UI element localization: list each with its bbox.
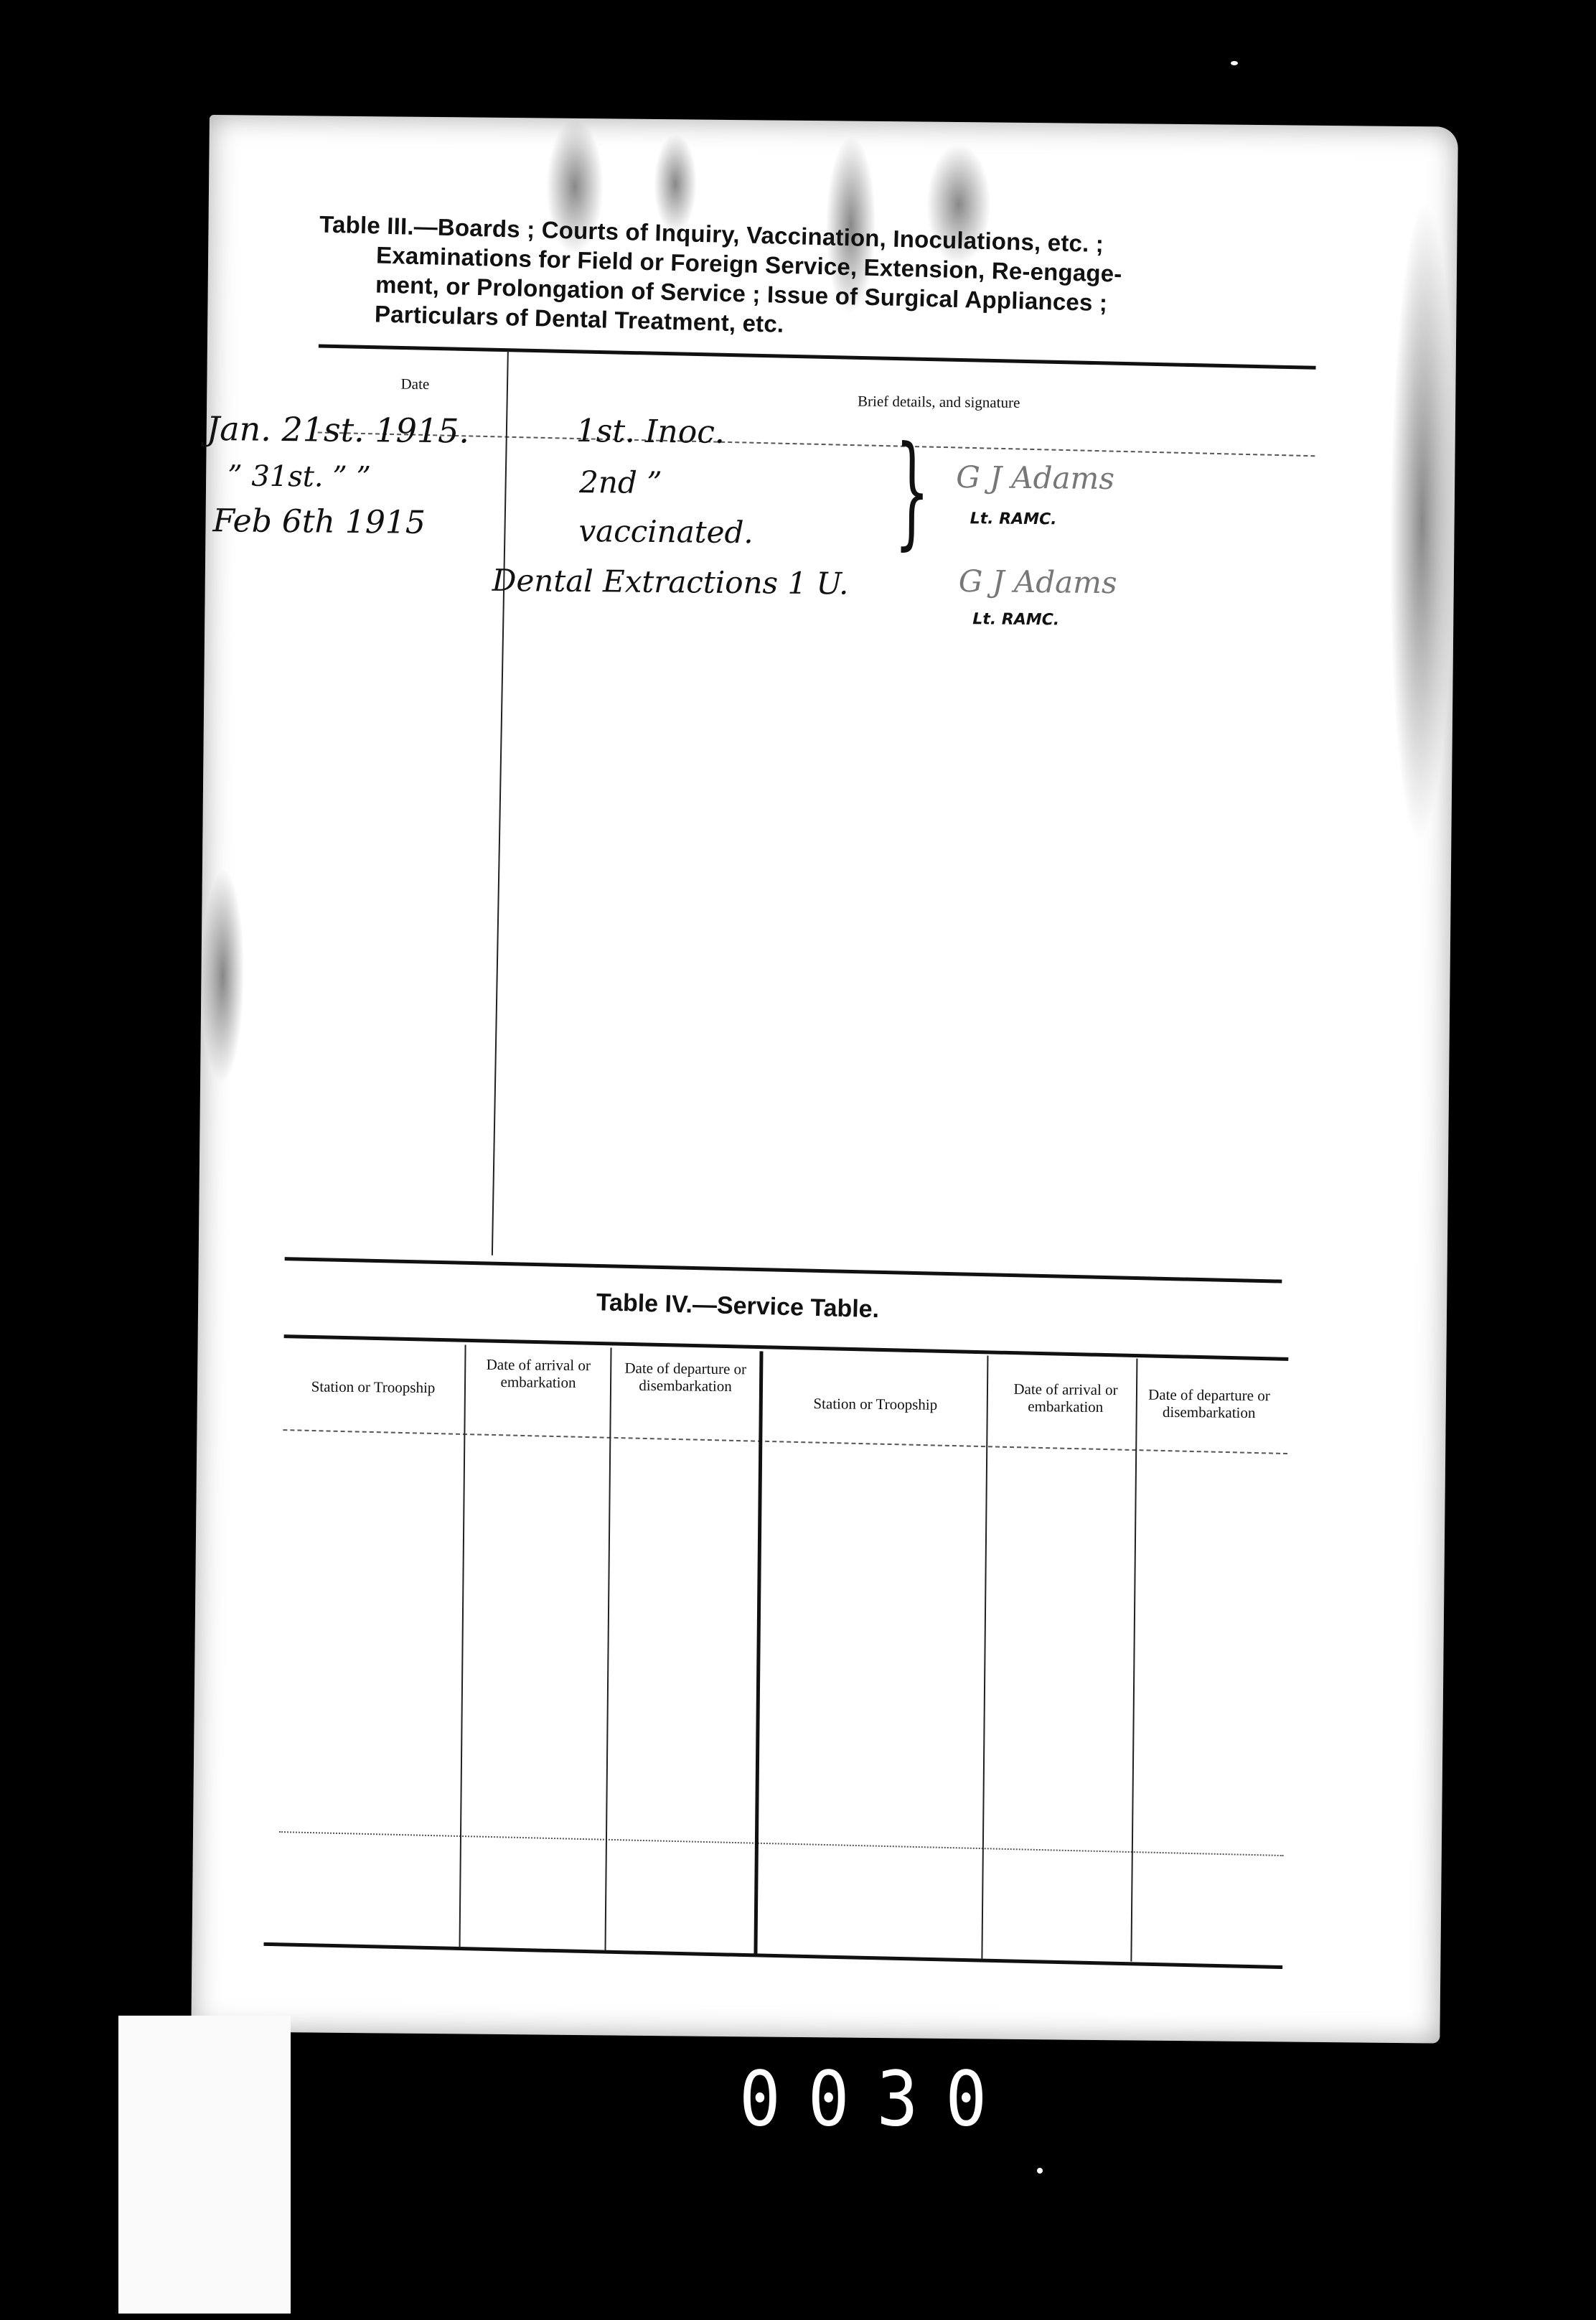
entry-date: Jan. 21st. 1915. [207,409,470,451]
speck [1037,2168,1043,2174]
table4-header-arrival: Date of arrival or embarkation [481,1356,596,1392]
table3-title: Table III.—Boards ; Courts of Inquiry, V… [317,209,1346,352]
brace-bracket: } [894,430,930,552]
smudge [200,869,245,1085]
signature-rank: Lt. RAMC. [972,610,1059,629]
smudge [1386,198,1457,845]
table4-title: Table IV.—Service Table. [596,1288,879,1324]
table4-header-top-rule [284,1334,1289,1361]
speck [1231,61,1238,65]
frame-number: 0030 [739,2054,1014,2143]
table4-header-station: Station or Troopship [771,1395,980,1414]
table4-top-rule [285,1257,1282,1283]
signature: G J Adams [959,563,1117,600]
signature-rank: Lt. RAMC. [970,510,1057,528]
table3-header-date: Date [372,375,458,393]
entry-date: Feb 6th 1915 [212,502,426,541]
table4-header-departure: Date of departure or disembarkation [1141,1386,1277,1422]
table4-column-divider [459,1344,466,1947]
entry-details: 2nd ” [579,464,662,500]
document-page: Table III.—Boards ; Courts of Inquiry, V… [191,115,1458,2044]
table4-bottom-rule [263,1942,1282,1969]
signature: G J Adams [956,459,1114,496]
entry-date: ” 31st. ” ” [227,459,371,494]
scan-label-card [118,2016,291,2314]
entry-details: Dental Extractions 1 U. [492,563,849,602]
table4-header-station: Station or Troopship [283,1377,463,1396]
table3-header-details: Brief details, and signature [723,391,1154,413]
entry-details: vaccinated. [578,513,754,550]
table4-header-arrival: Date of arrival or embarkation [1008,1380,1123,1416]
table3-column-divider [492,351,509,1255]
entry-details: 1st. Inoc. [576,413,726,451]
table4-header-departure: Date of departure or disembarkation [621,1360,750,1395]
